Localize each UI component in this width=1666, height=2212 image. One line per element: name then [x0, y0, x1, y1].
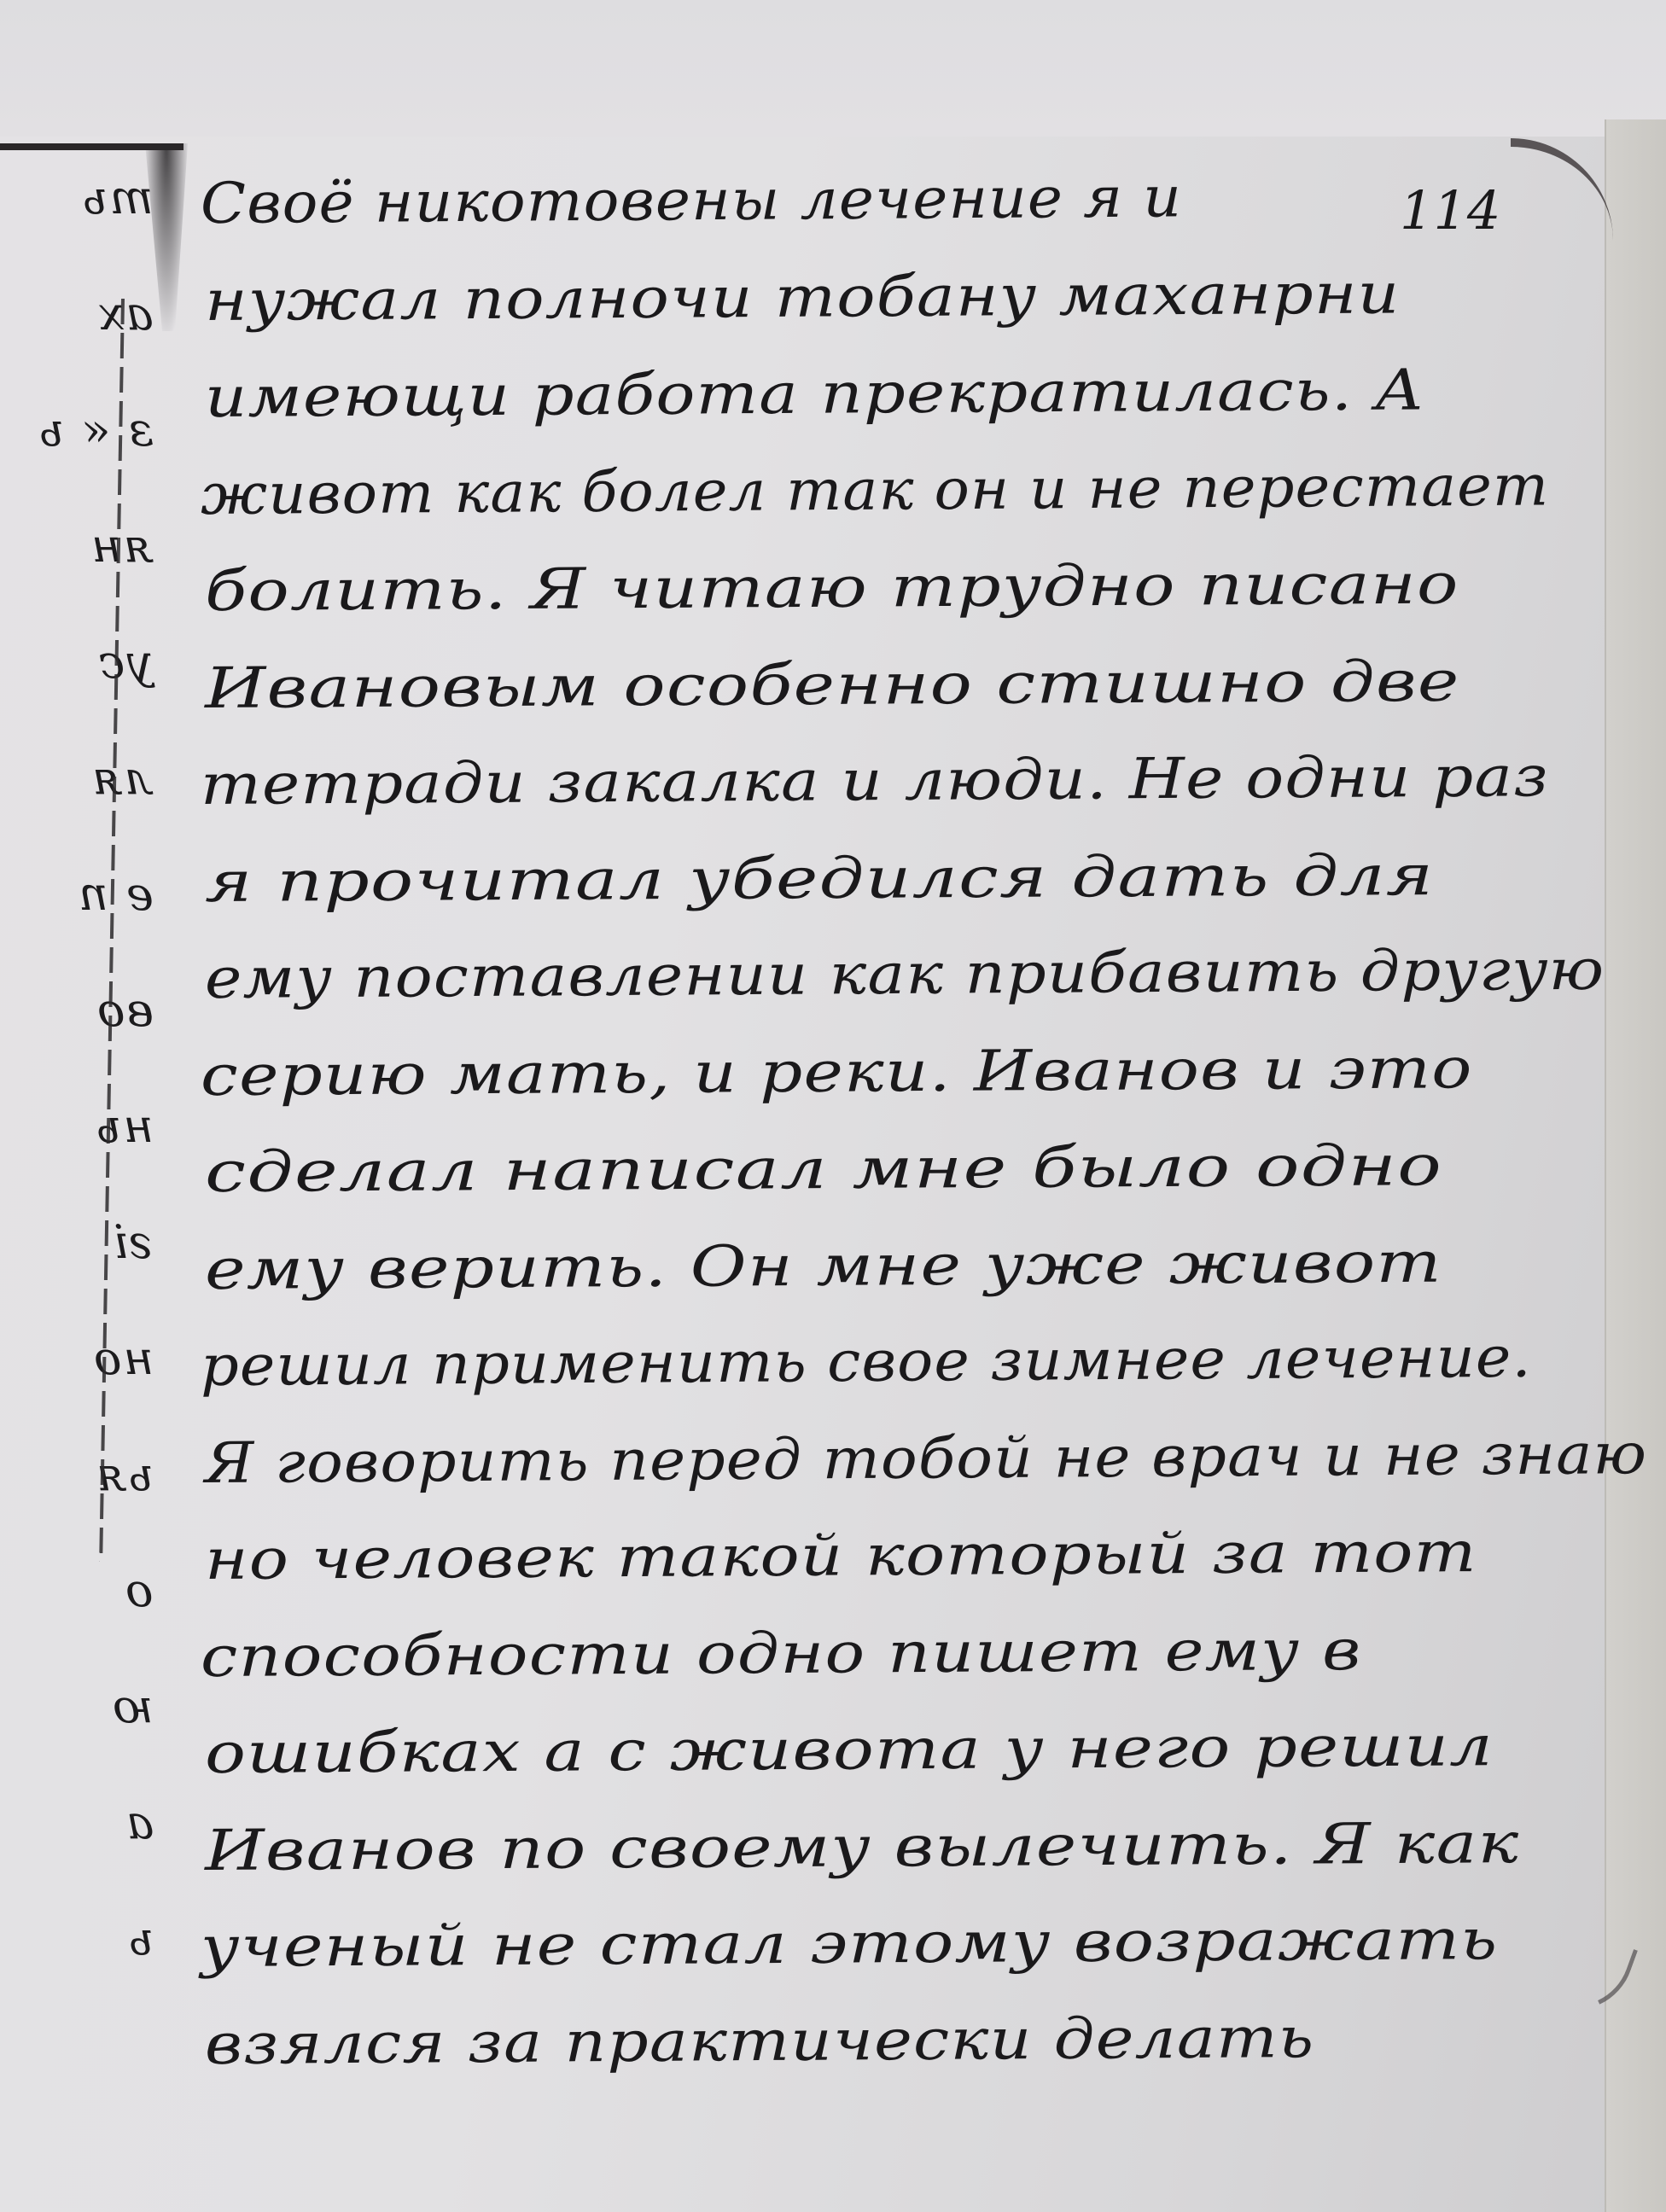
handwritten-line: Я говорить перед тобой не врач и не знаю [205, 1421, 1648, 1496]
handwritten-line: взялся за практически делать [205, 2005, 1315, 2077]
handwritten-line: Своё никотовены лечение я и [201, 164, 1183, 236]
adjacent-page-fragment: нь [95, 1099, 154, 1153]
adjacent-page-fragment: ус [97, 635, 154, 689]
adjacent-page-fragment: но [92, 1331, 154, 1385]
adjacent-page-fragment: а [125, 1796, 154, 1849]
handwritten-line: способности одно пишет ему в [201, 1616, 1362, 1689]
adjacent-page-fragment: ля [90, 751, 154, 805]
handwritten-line: нужал полночи тобану маханрни [205, 260, 1401, 334]
handwritten-line: серию мать, и реки. Иванов и это [201, 1035, 1473, 1109]
adjacent-page: тьахз « ьянусляе пвоньгіноьяоюаь [0, 137, 179, 2212]
backdrop-top [0, 0, 1666, 137]
handwritten-line: ошибках а с живота у него решил [205, 1713, 1494, 1786]
handwritten-line: болить. Я читаю трудно писано [205, 551, 1459, 624]
page-number: 114 [1400, 179, 1500, 242]
handwritten-line: но человек такой который за тот [205, 1519, 1477, 1592]
page-edge-right [1605, 119, 1666, 2212]
handwritten-line: имеющи работа прекратилась. А [205, 357, 1425, 430]
adjacent-page-fragment: ю [111, 1679, 154, 1733]
adjacent-page-fragment: ах [96, 287, 154, 341]
adjacent-page-fragment: во [96, 983, 154, 1037]
adjacent-page-fragment: з « ь [38, 403, 154, 457]
adjacent-page-fragment: ь [127, 1912, 154, 1965]
handwritten-line: ученый не стал этому возражать [201, 1906, 1499, 1980]
handwritten-line: сделал написал мне было одно [205, 1132, 1443, 1205]
handwritten-line: ему поставлении как прибавить другую [205, 937, 1605, 1011]
adjacent-page-fragment: ян [90, 519, 154, 573]
handwritten-line: решил применить свое зимнее лечение. [201, 1324, 1532, 1399]
handwritten-line: тетради закалка и люди. Не одни раз [201, 743, 1549, 818]
adjacent-page-fragment: е п [77, 867, 154, 921]
adjacent-page-fragment: гі [112, 1215, 154, 1269]
handwritten-page: 114 Своё никотовены лечение я инужал пол… [179, 145, 1613, 2210]
handwritten-line: Ивановым особенно стишно две [205, 648, 1460, 720]
handwritten-line: живот как болел так он и не перестает [201, 452, 1550, 527]
adjacent-page-fragment: о [124, 1563, 154, 1617]
adjacent-page-fragment: ть [81, 171, 154, 224]
handwritten-line: Иванов по своему вылечить. Я как [205, 1810, 1520, 1883]
handwritten-line: я прочитал убедился дать для [205, 842, 1435, 915]
handwritten-line: ему верить. Он мне уже живот [205, 1229, 1442, 1301]
